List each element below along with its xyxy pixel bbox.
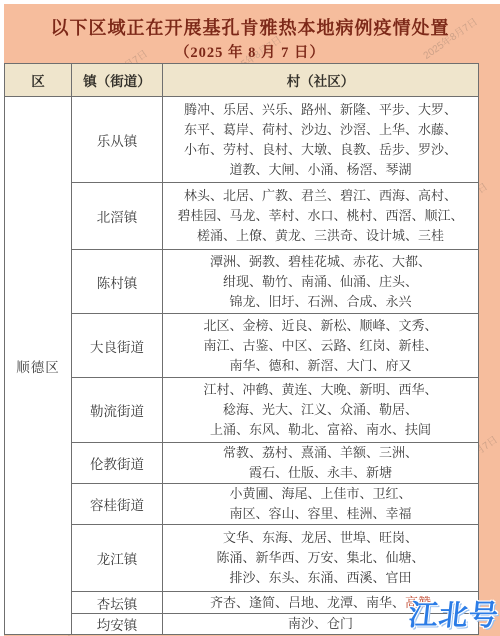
table-row: 龙江镇 文华、东海、龙居、世埠、旺岗、 陈涌、新华西、万安、集北、仙塘、 排沙、… [5, 525, 479, 592]
town-cell: 勒流街道 [72, 378, 163, 443]
table-row: 勒流街道 江村、冲鹤、黄连、大晚、新明、西华、 稔海、光大、江义、众涌、勒居、 … [5, 378, 479, 443]
table-row: 杏坛镇 齐杏、逢简、吕地、龙潭、南华、高赞 [5, 592, 479, 614]
villages-cell: 潭洲、弼教、碧桂花城、赤花、大都、 绀现、勒竹、南涌、仙涌、庄头、 锦龙、旧圩、… [163, 250, 479, 314]
table-row: 陈村镇 潭洲、弼教、碧桂花城、赤花、大都、 绀现、勒竹、南涌、仙涌、庄头、 锦龙… [5, 250, 479, 314]
villages-cell: 常教、荔村、熹涌、羊额、三洲、 霞石、仕版、永丰、新塘 [163, 443, 479, 484]
villages-cell: 林头、北居、广教、君兰、碧江、西海、高村、 碧桂园、马龙、莘村、水口、桃村、西滘… [163, 183, 479, 250]
villages-text: 齐杏、逢简、吕地、龙潭、南华、 [210, 595, 405, 610]
town-cell: 大良街道 [72, 314, 163, 378]
town-cell: 杏坛镇 [72, 592, 163, 614]
table-row: 大良街道 北区、金榜、近良、新松、顺峰、文秀、 南江、古鉴、中区、云路、红岗、新… [5, 314, 479, 378]
town-cell: 乐从镇 [72, 97, 163, 183]
villages-cell: 江村、冲鹤、黄连、大晚、新明、西华、 稔海、光大、江义、众涌、勒居、 上涌、东风… [163, 378, 479, 443]
brand-watermark: 江北号 [407, 593, 500, 634]
page-date: （2025 年 8 月 7 日） [0, 41, 500, 62]
col-header-town: 镇（街道） [72, 64, 163, 97]
col-header-villages: 村（社区） [163, 64, 479, 97]
town-cell: 北滘镇 [72, 183, 163, 250]
col-header-district: 区 [5, 64, 72, 97]
town-cell: 龙江镇 [72, 525, 163, 592]
town-cell: 容桂街道 [72, 484, 163, 525]
epidemic-area-table: 区 镇（街道） 村（社区） 顺德区 乐从镇 腾冲、乐居、兴乐、路州、新隆、平步、… [4, 63, 479, 635]
table-row: 北滘镇 林头、北居、广教、君兰、碧江、西海、高村、 碧桂园、马龙、莘村、水口、桃… [5, 183, 479, 250]
table-row: 伦教街道 常教、荔村、熹涌、羊额、三洲、 霞石、仕版、永丰、新塘 [5, 443, 479, 484]
table-row: 顺德区 乐从镇 腾冲、乐居、兴乐、路州、新隆、平步、大罗、 东平、葛岸、荷村、沙… [5, 97, 479, 183]
table-header-row: 区 镇（街道） 村（社区） [5, 64, 479, 97]
villages-cell: 北区、金榜、近良、新松、顺峰、文秀、 南江、古鉴、中区、云路、红岗、新桂、 南华… [163, 314, 479, 378]
town-cell: 伦教街道 [72, 443, 163, 484]
villages-cell: 腾冲、乐居、兴乐、路州、新隆、平步、大罗、 东平、葛岸、荷村、沙边、沙滘、上华、… [163, 97, 479, 183]
page-title: 以下区域正在开展基孔肯雅热本地病例疫情处置 [0, 14, 500, 40]
villages-cell: 文华、东海、龙居、世埠、旺岗、 陈涌、新华西、万安、集北、仙塘、 排沙、东头、东… [163, 525, 479, 592]
district-cell: 顺德区 [5, 97, 72, 635]
town-cell: 陈村镇 [72, 250, 163, 314]
villages-cell: 小黄圃、海尾、上佳市、卫红、 南区、容山、容里、桂洲、幸福 [163, 484, 479, 525]
table-row: 容桂街道 小黄圃、海尾、上佳市、卫红、 南区、容山、容里、桂洲、幸福 [5, 484, 479, 525]
town-cell: 均安镇 [72, 614, 163, 635]
